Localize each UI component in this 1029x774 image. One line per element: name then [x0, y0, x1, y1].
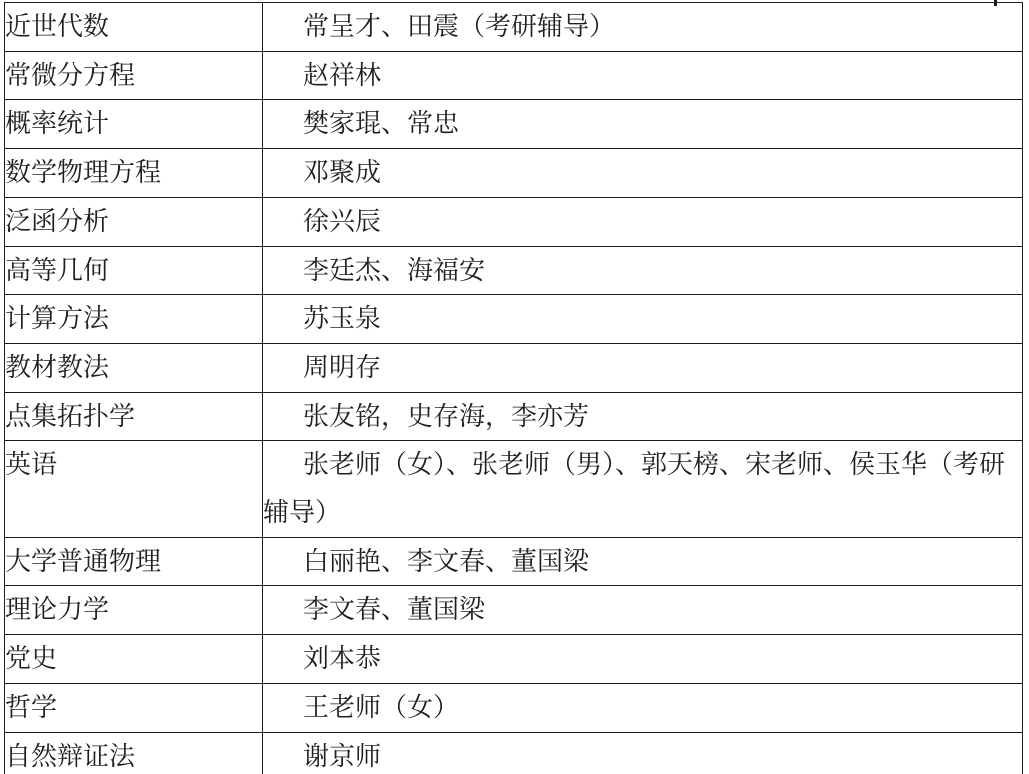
table-row: 英语 张老师（女）、张老师（男）、郭天榜、宋老师、侯玉华（考研辅导）	[5, 441, 1023, 537]
course-cell: 自然辩证法	[5, 732, 263, 774]
course-cell: 近世代数	[5, 3, 263, 52]
table-row: 自然辩证法 谢京师	[5, 732, 1023, 774]
course-cell: 常微分方程	[5, 51, 263, 100]
teachers-cell: 徐兴辰	[263, 197, 1023, 246]
course-teacher-table: 近世代数 常呈才、田震（考研辅导） 常微分方程 赵祥林 概率统计 樊家琨、常忠 …	[4, 2, 1023, 774]
document-page: 近世代数 常呈才、田震（考研辅导） 常微分方程 赵祥林 概率统计 樊家琨、常忠 …	[0, 0, 1029, 774]
teachers-cell: 邓聚成	[263, 149, 1023, 198]
table-row: 概率统计 樊家琨、常忠	[5, 100, 1023, 149]
table-row: 党史 刘本恭	[5, 635, 1023, 684]
course-cell: 英语	[5, 441, 263, 537]
teachers-cell: 樊家琨、常忠	[263, 100, 1023, 149]
course-cell: 教材教法	[5, 343, 263, 392]
course-cell: 理论力学	[5, 586, 263, 635]
table-row: 大学普通物理 白丽艳、李文春、董国梁	[5, 537, 1023, 586]
course-cell: 数学物理方程	[5, 149, 263, 198]
teachers-cell: 谢京师	[263, 732, 1023, 774]
teachers-cell: 王老师（女）	[263, 683, 1023, 732]
course-cell: 泛函分析	[5, 197, 263, 246]
table-row: 理论力学 李文春、董国梁	[5, 586, 1023, 635]
table-row: 哲学 王老师（女）	[5, 683, 1023, 732]
course-cell: 党史	[5, 635, 263, 684]
teachers-cell: 李文春、董国梁	[263, 586, 1023, 635]
course-cell: 高等几何	[5, 246, 263, 295]
table-row: 高等几何 李廷杰、海福安	[5, 246, 1023, 295]
teachers-cell: 张老师（女）、张老师（男）、郭天榜、宋老师、侯玉华（考研辅导）	[263, 441, 1023, 537]
course-cell: 大学普通物理	[5, 537, 263, 586]
table-row: 数学物理方程 邓聚成	[5, 149, 1023, 198]
teachers-cell: 苏玉泉	[263, 295, 1023, 344]
table-row: 常微分方程 赵祥林	[5, 51, 1023, 100]
teachers-cell: 刘本恭	[263, 635, 1023, 684]
teachers-cell: 张友铭，史存海，李亦芳	[263, 392, 1023, 441]
table-row: 教材教法 周明存	[5, 343, 1023, 392]
teachers-cell: 李廷杰、海福安	[263, 246, 1023, 295]
teachers-cell: 周明存	[263, 343, 1023, 392]
table-row: 近世代数 常呈才、田震（考研辅导）	[5, 3, 1023, 52]
course-cell: 哲学	[5, 683, 263, 732]
teachers-cell: 常呈才、田震（考研辅导）	[263, 3, 1023, 52]
course-cell: 概率统计	[5, 100, 263, 149]
course-cell: 计算方法	[5, 295, 263, 344]
table-row: 点集拓扑学 张友铭，史存海，李亦芳	[5, 392, 1023, 441]
table-row: 泛函分析 徐兴辰	[5, 197, 1023, 246]
teachers-cell: 赵祥林	[263, 51, 1023, 100]
table-row: 计算方法 苏玉泉	[5, 295, 1023, 344]
teachers-cell: 白丽艳、李文春、董国梁	[263, 537, 1023, 586]
course-cell: 点集拓扑学	[5, 392, 263, 441]
